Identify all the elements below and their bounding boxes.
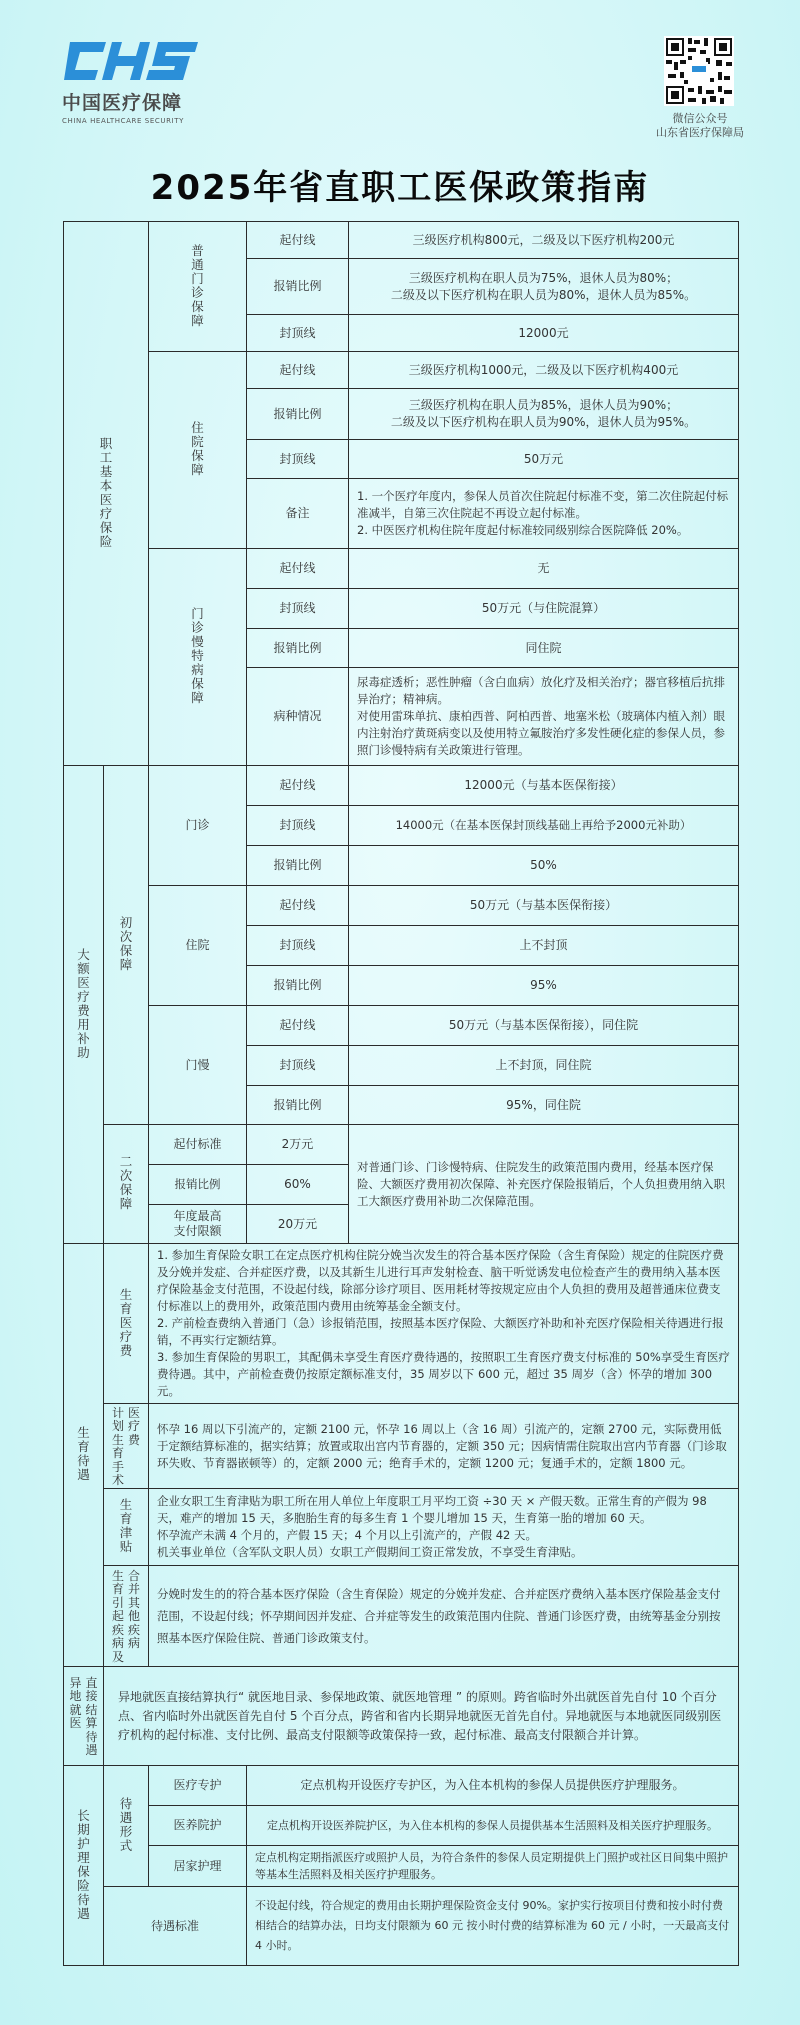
item-label: 封顶线 bbox=[247, 315, 349, 352]
item-value: 12000元（与基本医保衔接） bbox=[349, 766, 739, 806]
table-row: 长期护理保险待遇 待遇形式 医疗专护 定点机构开设医疗专护区，为入住本机构的参保… bbox=[64, 1766, 739, 1806]
item-label: 起付线 bbox=[247, 222, 349, 259]
qr-caption: 微信公众号 山东省医疗保障局 bbox=[640, 112, 760, 140]
family-planning-label: 医疗费计划生育手术 bbox=[104, 1404, 149, 1489]
item-value: 1. 一个医疗年度内，参保人员首次住院起付标准不变，第二次住院起付标准减半，自第… bbox=[349, 479, 739, 549]
item-value: 上不封顶，同住院 bbox=[349, 1046, 739, 1086]
section-major-label: 大额医疗费用补助 bbox=[64, 766, 104, 1244]
logo-english-text: CHINA HEALTHCARE SECURITY bbox=[62, 117, 202, 125]
item-label: 报销比例 bbox=[247, 966, 349, 1006]
item-value: 三级医疗机构在职人员为75%，退休人员为80%；二级及以下医疗机构在职人员为80… bbox=[349, 259, 739, 315]
item-value: 三级医疗机构1000元，二级及以下医疗机构400元 bbox=[349, 352, 739, 389]
item-label: 封顶线 bbox=[247, 589, 349, 629]
chs-logo: 中国医疗保障 CHINA HEALTHCARE SECURITY bbox=[62, 40, 202, 125]
second-coverage-note: 对普通门诊、门诊慢特病、住院发生的政策范围内费用，经基本医疗保险、大额医疗费用初… bbox=[349, 1125, 739, 1244]
item-label: 报销比例 bbox=[247, 389, 349, 440]
item-value: 三级医疗机构800元，二级及以下医疗机构200元 bbox=[349, 222, 739, 259]
item-label: 报销比例 bbox=[247, 629, 349, 668]
table-row: 门慢 起付线 50万元（与基本医保衔接），同住院 bbox=[64, 1006, 739, 1046]
maternity-medical-label: 生育医疗费 bbox=[104, 1244, 149, 1404]
table-row: 住院保障 起付线 三级医疗机构1000元，二级及以下医疗机构400元 bbox=[64, 352, 739, 389]
chs-logo-mark-icon bbox=[62, 40, 200, 82]
table-row: 医养院护 定点机构开设医养院护区，为入住本机构的参保人员提供基本生活照料及相关医… bbox=[64, 1806, 739, 1846]
item-label: 病种情况 bbox=[247, 668, 349, 766]
maternity-allowance-text: 企业女职工生育津贴为职工所在用人单位上年度职工月平均工资 ÷30 天 × 产假天… bbox=[149, 1489, 739, 1566]
item-label: 封顶线 bbox=[247, 926, 349, 966]
maternity-allowance-label: 生育津贴 bbox=[104, 1489, 149, 1566]
item-value: 14000元（在基本医保封顶线基础上再给予2000元补助） bbox=[349, 806, 739, 846]
group-label: 门诊 bbox=[149, 766, 247, 886]
item-value: 50% bbox=[349, 846, 739, 886]
section-ltc-label: 长期护理保险待遇 bbox=[64, 1766, 104, 1966]
item-label: 医养院护 bbox=[149, 1806, 247, 1846]
ltc-standard-value: 不设起付线，符合规定的费用由长期护理保险资金支付 90%。家护实行按项目付费和按… bbox=[247, 1887, 739, 1966]
item-label: 起付线 bbox=[247, 549, 349, 589]
item-label: 报销比例 bbox=[247, 1086, 349, 1125]
table-row: 二次保障 起付标准 2万元 对普通门诊、门诊慢特病、住院发生的政策范围内费用，经… bbox=[64, 1125, 739, 1165]
item-label: 报销比例 bbox=[247, 846, 349, 886]
wechat-qr-code-icon bbox=[664, 36, 734, 106]
item-value: 95%，同住院 bbox=[349, 1086, 739, 1125]
page-title: 2025年省直职工医保政策指南 bbox=[0, 160, 800, 209]
item-label: 封顶线 bbox=[247, 806, 349, 846]
table-row: 医疗费计划生育手术 怀孕 16 周以下引流产的，定额 2100 元，怀孕 16 … bbox=[64, 1404, 739, 1489]
item-value: 60% bbox=[247, 1165, 349, 1205]
first-coverage-label: 初次保障 bbox=[104, 766, 149, 1125]
table-row: 待遇标准 不设起付线，符合规定的费用由长期护理保险资金支付 90%。家护实行按项… bbox=[64, 1887, 739, 1966]
item-value: 上不封顶 bbox=[349, 926, 739, 966]
policy-table: 职工基本医疗保险 普通门诊保障 起付线 三级医疗机构800元，二级及以下医疗机构… bbox=[63, 221, 738, 1966]
table-row: 生育待遇 生育医疗费 1. 参加生育保险女职工在定点医疗机构住院分娩当次发生的符… bbox=[64, 1244, 739, 1404]
outpatient-label: 普通门诊保障 bbox=[149, 222, 247, 352]
table-row: 职工基本医疗保险 普通门诊保障 起付线 三级医疗机构800元，二级及以下医疗机构… bbox=[64, 222, 739, 259]
item-value: 50万元（与基本医保衔接） bbox=[349, 886, 739, 926]
qr-caption-line1: 微信公众号 bbox=[640, 112, 760, 126]
maternity-medical-text: 1. 参加生育保险女职工在定点医疗机构住院分娩当次发生的符合基本医疗保险（含生育… bbox=[149, 1244, 739, 1404]
ltc-standard-label: 待遇标准 bbox=[104, 1887, 247, 1966]
item-value: 50万元（与基本医保衔接），同住院 bbox=[349, 1006, 739, 1046]
ltc-forms-label: 待遇形式 bbox=[104, 1766, 149, 1887]
group-label: 住院 bbox=[149, 886, 247, 1006]
maternity-complication-text: 分娩时发生的的符合基本医疗保险（含生育保险）规定的分娩并发症、合并症医疗费纳入基… bbox=[149, 1566, 739, 1667]
item-value: 50万元 bbox=[349, 440, 739, 479]
item-value: 三级医疗机构在职人员为85%，退休人员为90%；二级及以下医疗机构在职人员为90… bbox=[349, 389, 739, 440]
table-row: 直接结算待遇异地就医 异地就医直接结算执行“ 就医地目录、参保地政策、就医地管理… bbox=[64, 1667, 739, 1766]
item-label: 报销比例 bbox=[149, 1165, 247, 1205]
section-basic-insurance-label: 职工基本医疗保险 bbox=[64, 222, 149, 766]
qr-caption-line2: 山东省医疗保障局 bbox=[640, 126, 760, 140]
item-value: 同住院 bbox=[349, 629, 739, 668]
remote-label: 直接结算待遇异地就医 bbox=[64, 1667, 104, 1766]
item-label: 起付线 bbox=[247, 886, 349, 926]
table-row: 住院 起付线 50万元（与基本医保衔接） bbox=[64, 886, 739, 926]
table-row: 生育津贴 企业女职工生育津贴为职工所在用人单位上年度职工月平均工资 ÷30 天 … bbox=[64, 1489, 739, 1566]
table-row: 居家护理 定点机构定期指派医疗或照护人员，为符合条件的参保人员定期提供上门照护或… bbox=[64, 1846, 739, 1887]
item-label: 起付标准 bbox=[149, 1125, 247, 1165]
item-value: 定点机构开设医养院护区，为入住本机构的参保人员提供基本生活照料及相关医疗护理服务… bbox=[247, 1806, 739, 1846]
item-label: 年度最高支付限额 bbox=[149, 1205, 247, 1244]
logo-chinese-text: 中国医疗保障 bbox=[62, 88, 202, 115]
qr-code-icon bbox=[664, 36, 734, 106]
item-value: 无 bbox=[349, 549, 739, 589]
family-planning-text: 怀孕 16 周以下引流产的，定额 2100 元，怀孕 16 周以上（含 16 周… bbox=[149, 1404, 739, 1489]
item-label: 封顶线 bbox=[247, 440, 349, 479]
item-value: 12000元 bbox=[349, 315, 739, 352]
item-value: 95% bbox=[349, 966, 739, 1006]
second-coverage-label: 二次保障 bbox=[104, 1125, 149, 1244]
inpatient-label: 住院保障 bbox=[149, 352, 247, 549]
item-label: 居家护理 bbox=[149, 1846, 247, 1887]
item-label: 起付线 bbox=[247, 766, 349, 806]
remote-text: 异地就医直接结算执行“ 就医地目录、参保地政策、就医地管理 ” 的原则。跨省临时… bbox=[104, 1667, 739, 1766]
item-value: 20万元 bbox=[247, 1205, 349, 1244]
item-value: 定点机构开设医疗专护区，为入住本机构的参保人员提供医疗护理服务。 bbox=[247, 1766, 739, 1806]
maternity-complication-label: 合并其他疾病生育引起疾病及 bbox=[104, 1566, 149, 1667]
table-row: 门诊慢特病保障 起付线 无 bbox=[64, 549, 739, 589]
item-label: 起付线 bbox=[247, 1006, 349, 1046]
item-label: 报销比例 bbox=[247, 259, 349, 315]
item-label: 医疗专护 bbox=[149, 1766, 247, 1806]
item-label: 备注 bbox=[247, 479, 349, 549]
item-label: 起付线 bbox=[247, 352, 349, 389]
group-label: 门慢 bbox=[149, 1006, 247, 1125]
table-row: 大额医疗费用补助 初次保障 门诊 起付线 12000元（与基本医保衔接） bbox=[64, 766, 739, 806]
item-value: 定点机构定期指派医疗或照护人员，为符合条件的参保人员定期提供上门照护或社区日间集… bbox=[247, 1846, 739, 1887]
section-maternity-label: 生育待遇 bbox=[64, 1244, 104, 1667]
item-value: 尿毒症透析；恶性肿瘤（含白血病）放化疗及相关治疗；器官移植后抗排异治疗；精神病。… bbox=[349, 668, 739, 766]
item-label: 封顶线 bbox=[247, 1046, 349, 1086]
table-row: 合并其他疾病生育引起疾病及 分娩时发生的的符合基本医疗保险（含生育保险）规定的分… bbox=[64, 1566, 739, 1667]
chronic-label: 门诊慢特病保障 bbox=[149, 549, 247, 766]
item-value: 2万元 bbox=[247, 1125, 349, 1165]
item-value: 50万元（与住院混算） bbox=[349, 589, 739, 629]
